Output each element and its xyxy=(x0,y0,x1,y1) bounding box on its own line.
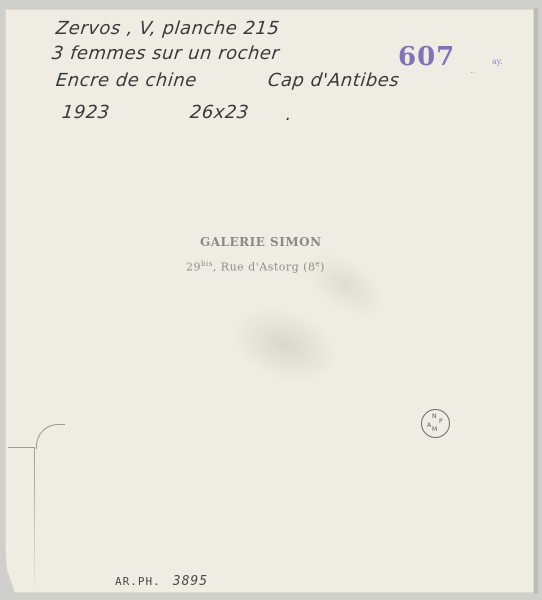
address-close: ) xyxy=(320,261,325,274)
archive-seal-icon: A N M P xyxy=(421,409,450,438)
archive-reference: AR.PH.3895 xyxy=(115,574,208,589)
seal-letter: P xyxy=(439,418,443,425)
note-dimensions: 26x23 xyxy=(189,102,250,123)
address-sup: bis xyxy=(201,260,213,268)
note-year: 1923 xyxy=(61,102,111,123)
paper-crease xyxy=(8,447,34,448)
stamp-mark: ay. xyxy=(492,57,503,66)
paper-crease xyxy=(34,447,35,587)
archive-prefix: AR.PH. xyxy=(115,575,161,588)
note-title: 3 femmes sur un rocher xyxy=(51,43,281,64)
gallery-address: 29bis, Rue d'Astorg (8e) xyxy=(186,260,325,274)
note-medium: Encre de chine xyxy=(55,70,198,91)
seal-letter: N xyxy=(432,413,437,420)
address-number: 29 xyxy=(186,261,201,274)
photo-verso-paper xyxy=(5,9,534,593)
gallery-name: GALERIE SIMON xyxy=(200,235,322,249)
paper-edge-shadow xyxy=(534,8,538,594)
inventory-stamp-number: 607 xyxy=(398,42,455,72)
archive-number: 3895 xyxy=(173,574,208,589)
seal-letter: M xyxy=(432,426,437,433)
note-location: Cap d'Antibes xyxy=(267,70,400,91)
address-street: , Rue d'Astorg (8 xyxy=(213,261,316,274)
note-catalogue-ref: Zervos , V, planche 215 xyxy=(55,18,281,39)
stamp-dots: .. xyxy=(470,66,475,75)
seal-letter: A xyxy=(427,422,431,429)
